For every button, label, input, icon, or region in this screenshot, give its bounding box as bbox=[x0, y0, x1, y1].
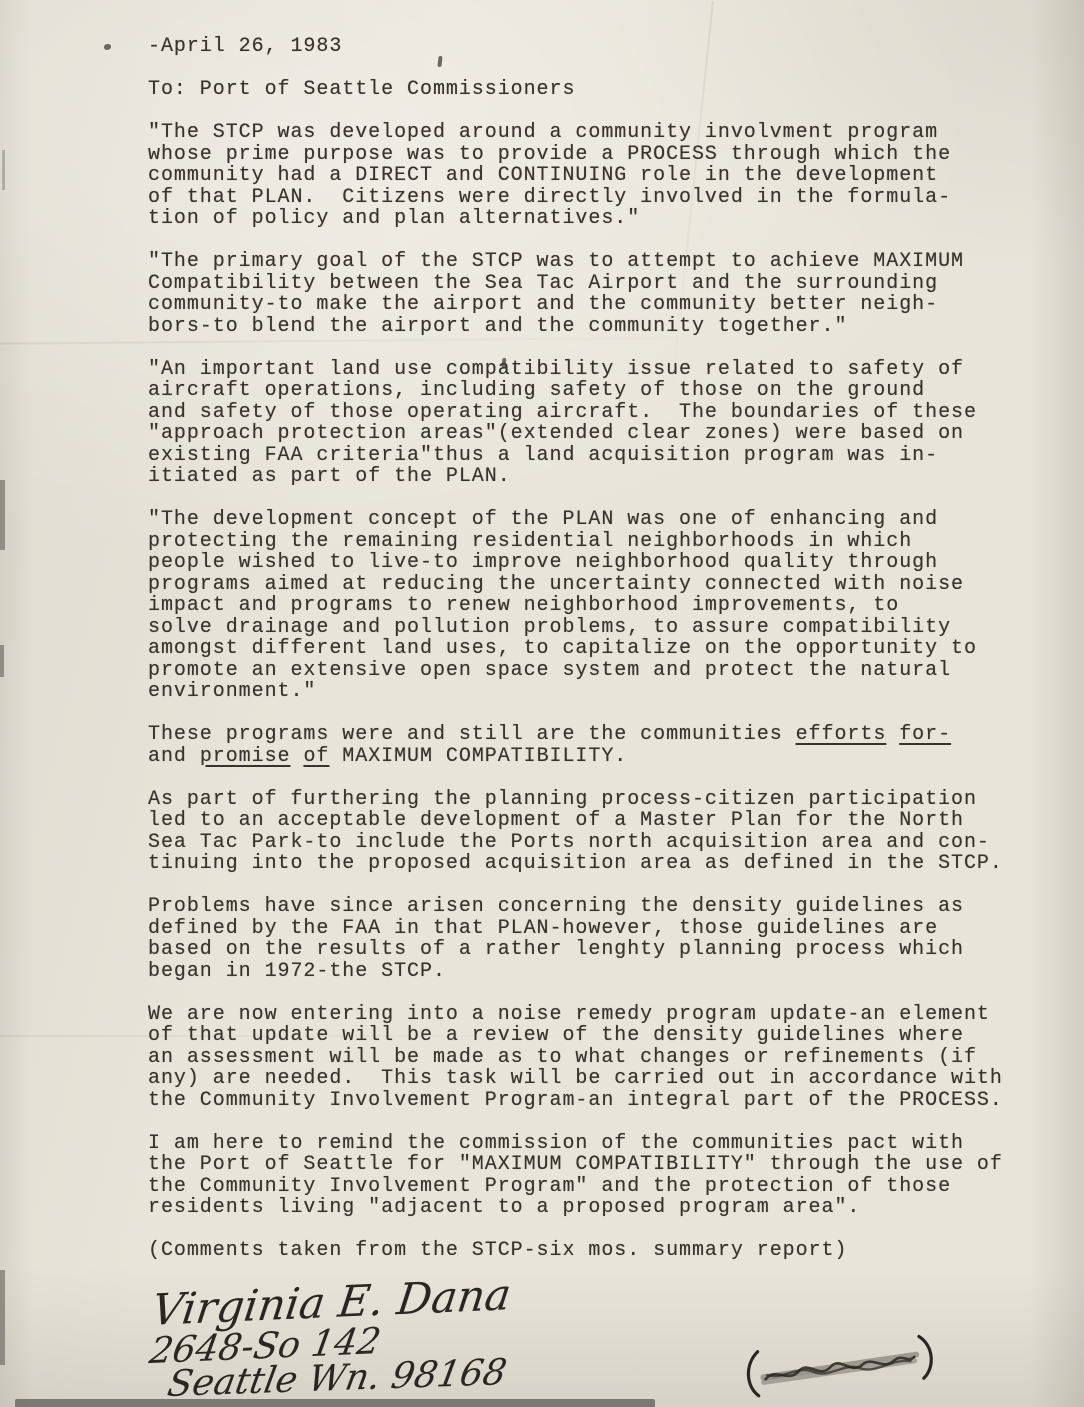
date-line: -April 26, 1983 bbox=[148, 36, 1053, 58]
para-reminder: I am here to remind the commission of th… bbox=[148, 1133, 1053, 1219]
scan-edge-artifact bbox=[0, 480, 5, 550]
scribble-drawing bbox=[731, 1333, 950, 1406]
illegible-scribble bbox=[731, 1333, 950, 1406]
para-development-concept: "The development concept of the PLAN was… bbox=[148, 509, 1053, 703]
recipient-line: To: Port of Seattle Commissioners bbox=[148, 79, 1053, 101]
scanned-letter-page: -April 26, 1983 To: Port of Seattle Comm… bbox=[0, 0, 1084, 1407]
scan-bottom-shadow bbox=[15, 1399, 655, 1407]
para-land-use-safety: "An important land use compatibility iss… bbox=[148, 359, 1053, 488]
underlined-word-efforts: efforts bbox=[796, 723, 887, 746]
underlined-word-of: of bbox=[303, 745, 329, 768]
scan-edge-artifact bbox=[2, 150, 5, 190]
letter-body: -April 26, 1983 To: Port of Seattle Comm… bbox=[148, 36, 1053, 1283]
text-segment: These programs were and still are the co… bbox=[148, 723, 796, 746]
scan-edge-artifact bbox=[0, 1270, 5, 1365]
text-segment bbox=[886, 723, 899, 746]
text-segment: MAXIMUM COMPATIBILITY. bbox=[329, 745, 627, 768]
comments-line: (Comments taken from the STCP-six mos. s… bbox=[148, 1240, 1053, 1262]
para-noise-remedy: We are now entering into a noise remedy … bbox=[148, 1004, 1053, 1112]
text-segment bbox=[290, 745, 303, 768]
scan-edge-artifact bbox=[0, 645, 4, 677]
text-segment: and bbox=[148, 745, 200, 768]
underlined-word-promise: promise bbox=[200, 745, 291, 768]
para-communities-efforts: These programs were and still are the co… bbox=[148, 724, 1053, 767]
para-master-plan: As part of furthering the planning proce… bbox=[148, 789, 1053, 875]
underlined-word-for: for- bbox=[899, 723, 951, 746]
para-primary-goal: "The primary goal of the STCP was to att… bbox=[148, 251, 1053, 337]
para-problems-density: Problems have since arisen concerning th… bbox=[148, 896, 1053, 982]
stray-ink-dot bbox=[104, 44, 111, 50]
para-stcp-development: "The STCP was developed around a communi… bbox=[148, 122, 1053, 230]
